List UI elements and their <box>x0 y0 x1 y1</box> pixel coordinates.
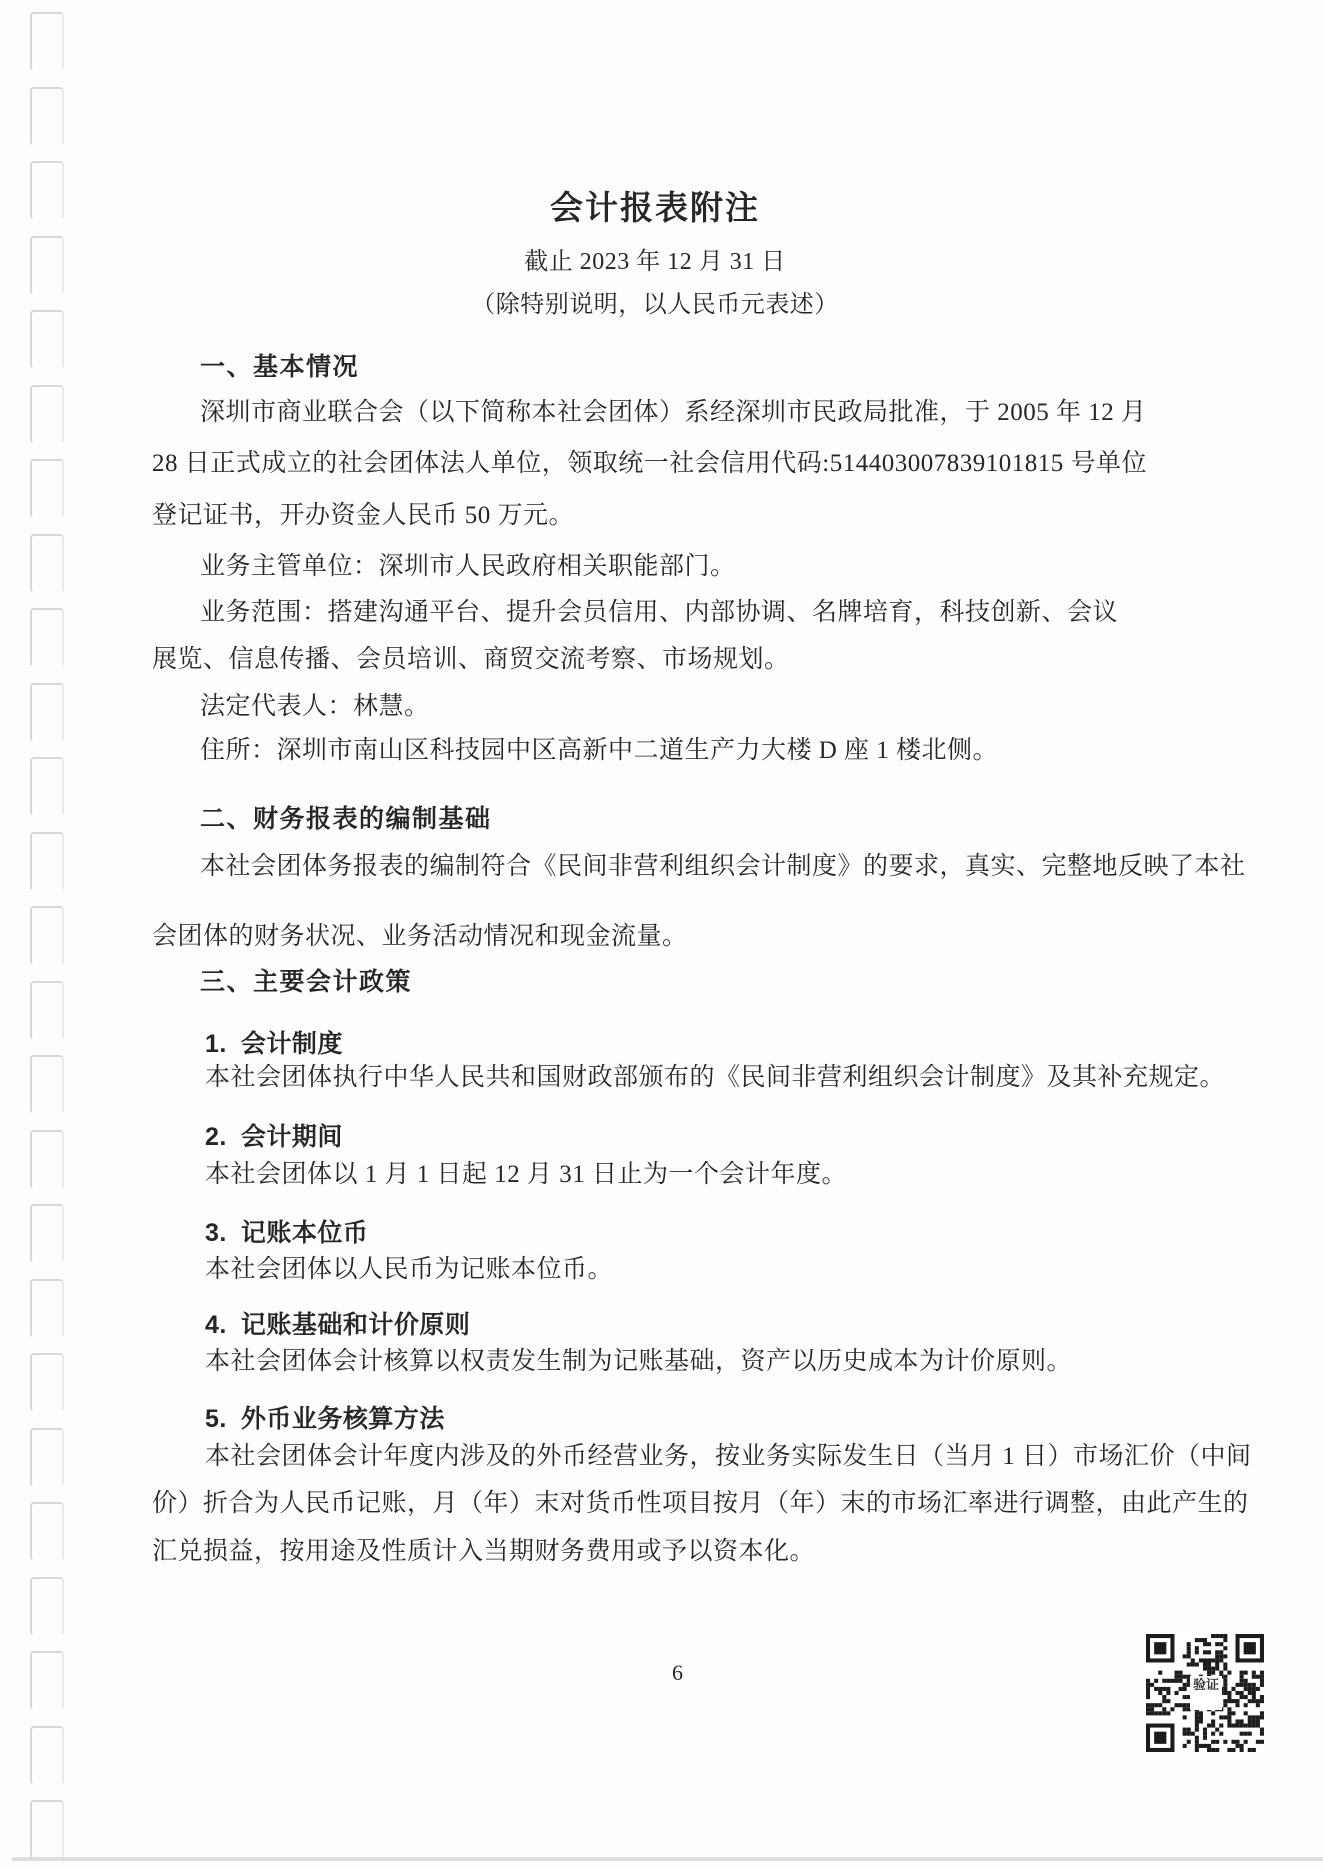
punch-hole <box>30 832 64 891</box>
page-title: 会计报表附注 <box>0 188 1310 228</box>
punch-hole <box>30 1577 64 1636</box>
section2-heading: 二、财务报表的编制基础 <box>200 804 492 834</box>
punch-hole <box>30 683 64 742</box>
punch-hole <box>30 385 64 444</box>
policy-item2-title-text: 会计期间 <box>241 1123 343 1151</box>
section1-paragraph5: 住所：深圳市南山区科技园中区高新中二道生产力大楼 D 座 1 楼北侧。 <box>200 736 998 766</box>
punch-hole <box>30 1055 64 1114</box>
policy-item4-number: 4. <box>205 1311 227 1339</box>
subtitle-date: 截止 2023 年 12 月 31 日 <box>0 248 1310 277</box>
punch-hole <box>30 1279 64 1338</box>
section1-paragraph1-line2: 28 日正式成立的社会团体法人单位，领取统一社会信用代码:51440300783… <box>152 449 1147 479</box>
punch-hole <box>30 906 64 965</box>
punch-hole <box>30 981 64 1040</box>
punch-hole <box>30 1502 64 1561</box>
policy-item3-title: 3.记账本位币 <box>205 1218 368 1248</box>
section1-paragraph1-line3: 登记证书，开办资金人民币 50 万元。 <box>152 501 574 531</box>
scan-bottom-edge <box>12 1857 1323 1861</box>
policy-item3-number: 3. <box>205 1219 227 1247</box>
policy-item1-title: 1.会计制度 <box>205 1029 343 1059</box>
section1-heading: 一、基本情况 <box>200 352 359 382</box>
scanned-document-page: 会计报表附注 截止 2023 年 12 月 31 日 （除特别说明，以人民币元表… <box>0 0 1323 1870</box>
punch-hole <box>30 1353 64 1412</box>
subtitle-currency-note: （除特别说明，以人民币元表述） <box>0 291 1310 320</box>
punch-hole <box>30 534 64 593</box>
section3-heading: 三、主要会计政策 <box>200 967 412 997</box>
policy-item1-number: 1. <box>205 1030 227 1058</box>
policy-item3-title-text: 记账本位币 <box>241 1219 369 1247</box>
punch-hole <box>30 459 64 518</box>
policy-item5-title-text: 外币业务核算方法 <box>241 1405 445 1433</box>
policy-item5-line3: 汇兑损益，按用途及性质计入当期财务费用或予以资本化。 <box>152 1537 815 1567</box>
policy-item4-body: 本社会团体会计核算以权责发生制为记账基础，资产以历史成本为计价原则。 <box>205 1347 1072 1377</box>
policy-item3-body: 本社会团体以人民币为记账本位币。 <box>205 1255 613 1285</box>
punch-hole <box>30 1130 64 1189</box>
punch-hole <box>30 1726 64 1785</box>
punch-hole <box>30 87 64 146</box>
section1-paragraph3-line1: 业务范围：搭建沟通平台、提升会员信用、内部协调、名牌培育，科技创新、会议 <box>200 598 1118 628</box>
policy-item2-body: 本社会团体以 1 月 1 日起 12 月 31 日止为一个会计年度。 <box>205 1160 847 1190</box>
section1-paragraph1-line1: 深圳市商业联合会（以下简称本社会团体）系经深圳市民政局批准，于 2005 年 1… <box>200 398 1147 428</box>
punch-hole <box>30 12 64 71</box>
policy-item1-body: 本社会团体执行中华人民共和国财政部颁布的《民间非营利组织会计制度》及其补充规定。 <box>205 1063 1225 1093</box>
punch-hole <box>30 1651 64 1710</box>
policy-item5-line1: 本社会团体会计年度内涉及的外币经营业务，按业务实际发生日（当月 1 日）市场汇价… <box>205 1442 1252 1472</box>
punch-hole <box>30 1204 64 1263</box>
section1-paragraph3-line2: 展览、信息传播、会员培训、商贸交流考察、市场规划。 <box>152 645 790 675</box>
binding-holes <box>0 0 80 1870</box>
punch-hole <box>30 1428 64 1487</box>
policy-item4-title: 4.记账基础和计价原则 <box>205 1310 470 1340</box>
policy-item2-number: 2. <box>205 1123 227 1151</box>
section1-paragraph4: 法定代表人：林慧。 <box>200 692 430 722</box>
section2-paragraph1-line1: 本社会团体务报表的编制符合《民间非营利组织会计制度》的要求，真实、完整地反映了本… <box>200 852 1246 882</box>
policy-item5-number: 5. <box>205 1405 227 1433</box>
policy-item1-title-text: 会计制度 <box>241 1030 343 1058</box>
policy-item5-title: 5.外币业务核算方法 <box>205 1404 445 1434</box>
policy-item4-title-text: 记账基础和计价原则 <box>241 1311 471 1339</box>
policy-item2-title: 2.会计期间 <box>205 1122 343 1152</box>
punch-hole <box>30 757 64 816</box>
section1-paragraph2: 业务主管单位：深圳市人民政府相关职能部门。 <box>200 552 736 582</box>
punch-hole <box>30 1800 64 1859</box>
qr-center-label: 验证 <box>1190 1676 1222 1710</box>
policy-item5-line2: 价）折合为人民币记账，月（年）末对货币性项目按月（年）末的市场汇率进行调整，由此… <box>152 1489 1249 1519</box>
section2-paragraph1-line2: 会团体的财务状况、业务活动情况和现金流量。 <box>152 922 688 952</box>
punch-hole <box>30 608 64 667</box>
verification-qr-code: 验证 <box>1146 1634 1264 1752</box>
page-number: 6 <box>672 1660 683 1686</box>
